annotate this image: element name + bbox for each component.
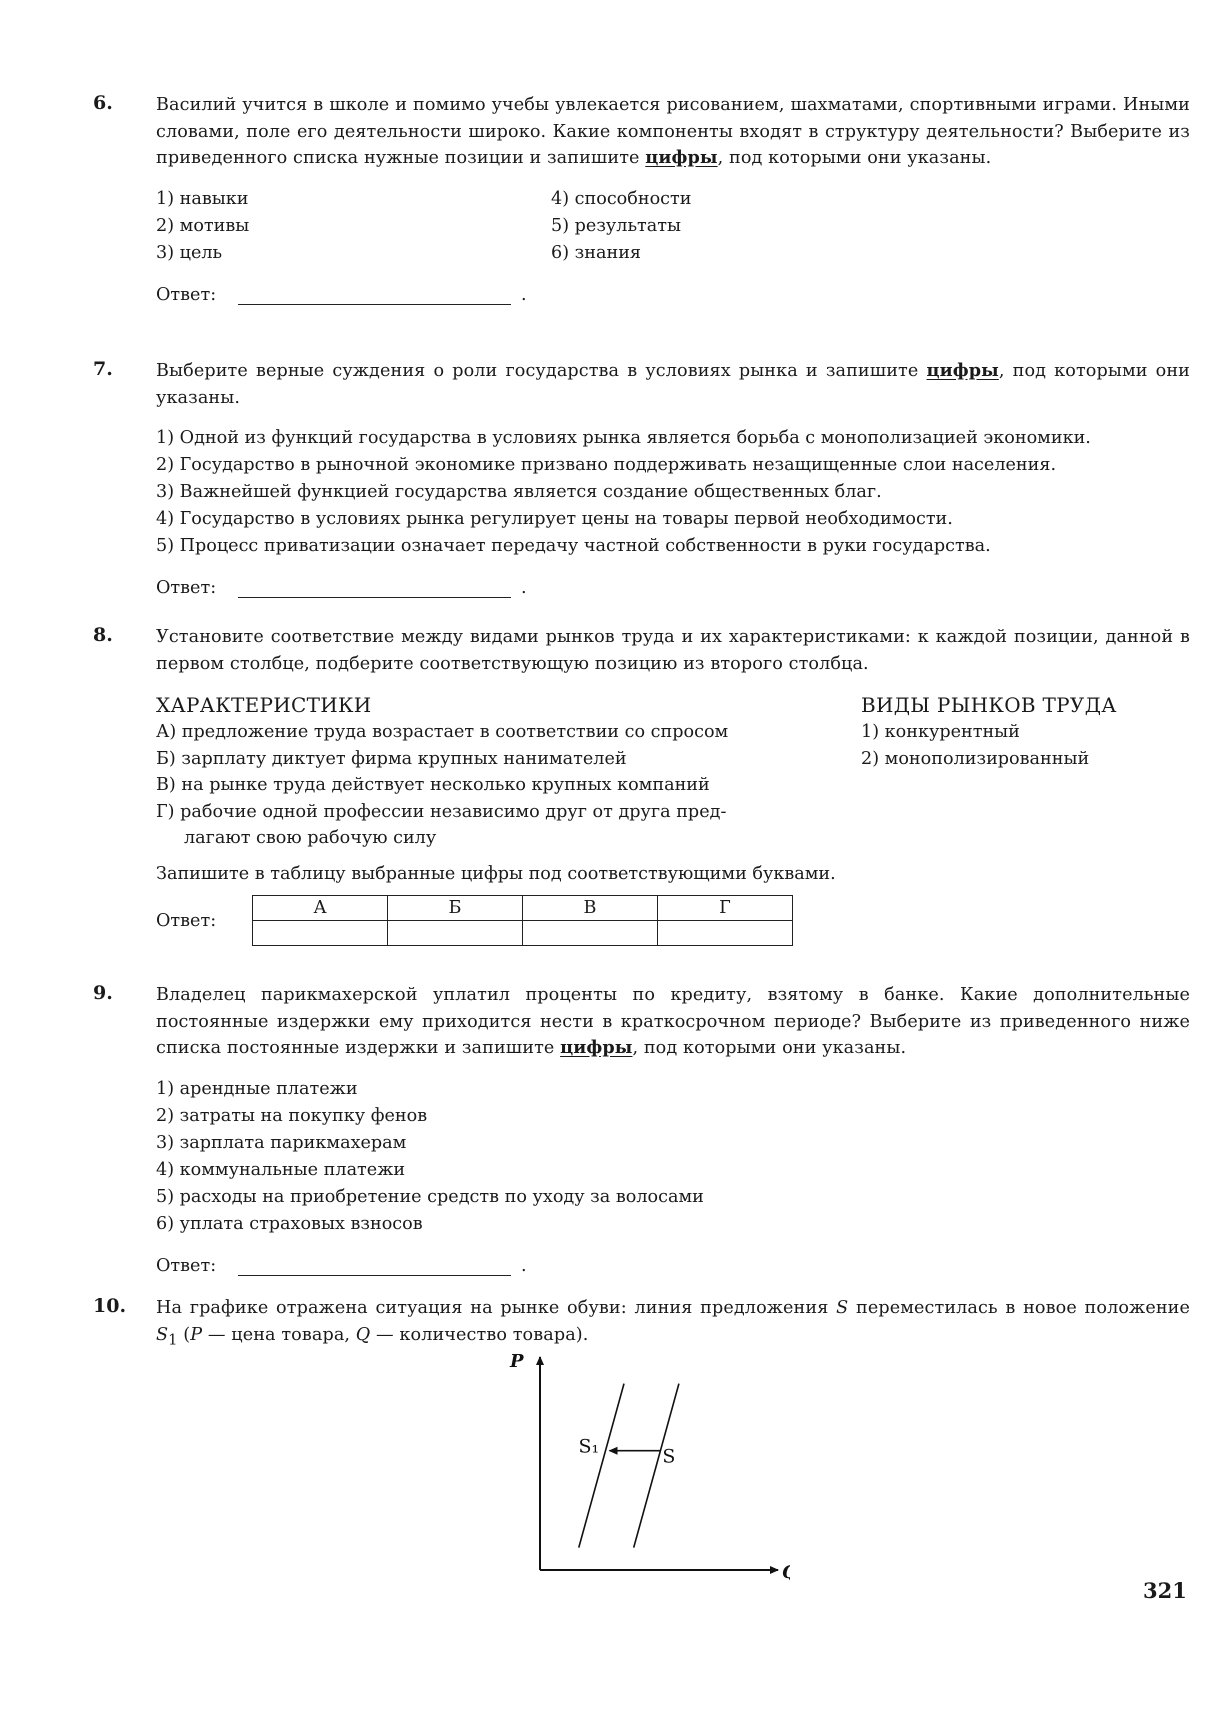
option: 3) Важнейшей функцией государства являет…: [156, 479, 1190, 506]
matching-columns: ХАРАКТЕРИСТИКИ А) предложение труда возр…: [156, 691, 1190, 861]
match-item: Г) рабочие одной профессии независимо др…: [156, 799, 806, 826]
page-number: 321: [1143, 1578, 1187, 1603]
match-item: Б) зарплату диктует фирма крупных нанима…: [156, 746, 806, 773]
market-types-column: ВИДЫ РЫНКОВ ТРУДА 1) конкурентный 2) мон…: [861, 691, 1161, 772]
y-axis-label: P: [509, 1351, 524, 1372]
emphasis-word: цифры: [645, 147, 717, 168]
table-header-b: Б: [388, 896, 523, 921]
answer-table: А Б В Г: [252, 895, 793, 946]
emphasis-word: цифры: [560, 1037, 632, 1058]
task-number: 8.: [93, 624, 113, 646]
task-text: Установите соответствие между видами рын…: [156, 624, 1190, 677]
options-list: 1) Одной из функций государства в услови…: [156, 425, 1190, 560]
supply-line-s1: [579, 1384, 624, 1548]
match-item: В) на рынке труда действует несколько кр…: [156, 772, 806, 799]
option: 1) навыки: [156, 186, 551, 213]
label-s1: S₁: [578, 1436, 599, 1458]
answer-row: Ответ: А Б В Г: [156, 895, 1190, 946]
match-item: 2) монополизированный: [861, 746, 1161, 773]
task-number: 10.: [93, 1295, 126, 1317]
options-list: 1) навыки 4) способности 2) мотивы 5) ре…: [156, 186, 1190, 267]
answer-row: Ответ: .: [156, 1252, 1190, 1276]
match-item: 1) конкурентный: [861, 719, 1161, 746]
answer-label: Ответ:: [156, 285, 238, 305]
match-item-continuation: лагают свою рабочую силу: [156, 825, 806, 852]
task-number: 6.: [93, 92, 113, 114]
option: 1) арендные платежи: [156, 1076, 1190, 1103]
option: 6) уплата страховых взносов: [156, 1211, 1190, 1238]
answer-field[interactable]: [238, 577, 511, 598]
match-item: А) предложение труда возрастает в соотве…: [156, 719, 806, 746]
option: 4) коммунальные платежи: [156, 1157, 1190, 1184]
table-header-g: Г: [658, 896, 793, 921]
answer-label: Ответ:: [156, 1256, 238, 1276]
answer-cell-v[interactable]: [523, 921, 658, 946]
option: 2) Государство в рыночной экономике приз…: [156, 452, 1190, 479]
answer-row: Ответ: .: [156, 574, 1190, 598]
task-number: 7.: [93, 358, 113, 380]
table-header-a: А: [253, 896, 388, 921]
answer-field[interactable]: [238, 1255, 511, 1276]
task-text: Выберите верные суждения о роли государс…: [156, 358, 1190, 411]
answer-cell-b[interactable]: [388, 921, 523, 946]
answer-field[interactable]: [238, 284, 511, 305]
emphasis-word: цифры: [926, 360, 998, 381]
option: 2) затраты на покупку фенов: [156, 1103, 1190, 1130]
option: 3) зарплата парикмахерам: [156, 1130, 1190, 1157]
task-text: Владелец парикмахерской уплатил проценты…: [156, 982, 1190, 1062]
option: 5) расходы на приобретение средств по ух…: [156, 1184, 1190, 1211]
answer-label: Ответ:: [156, 911, 252, 931]
column-header: ВИДЫ РЫНКОВ ТРУДА: [861, 691, 1161, 719]
task-text: На графике отражена ситуация на рынке об…: [156, 1295, 1190, 1354]
options-list: 1) арендные платежи 2) затраты на покупк…: [156, 1076, 1190, 1238]
label-s: S: [662, 1446, 675, 1468]
supply-shift-chart: PQSS₁: [490, 1350, 790, 1610]
characteristics-column: ХАРАКТЕРИСТИКИ А) предложение труда возр…: [156, 691, 806, 852]
table-instruction: Запишите в таблицу выбранные цифры под с…: [156, 861, 1190, 887]
option: 4) Государство в условиях рынка регулиру…: [156, 506, 1190, 533]
option: 5) Процесс приватизации означает передач…: [156, 533, 1190, 560]
task-number: 9.: [93, 982, 113, 1004]
option: 4) способности: [551, 186, 851, 213]
answer-cell-a[interactable]: [253, 921, 388, 946]
task-text: Василий учится в школе и помимо учебы ув…: [156, 92, 1190, 172]
column-header: ХАРАКТЕРИСТИКИ: [156, 691, 806, 719]
option: 5) результаты: [551, 213, 851, 240]
answer-cell-g[interactable]: [658, 921, 793, 946]
answer-row: Ответ: .: [156, 281, 1190, 305]
option: 1) Одной из функций государства в услови…: [156, 425, 1190, 452]
option: 6) знания: [551, 240, 851, 267]
answer-label: Ответ:: [156, 578, 238, 598]
option: 2) мотивы: [156, 213, 551, 240]
table-header-v: В: [523, 896, 658, 921]
x-axis-label: Q: [782, 1562, 790, 1583]
option: 3) цель: [156, 240, 551, 267]
